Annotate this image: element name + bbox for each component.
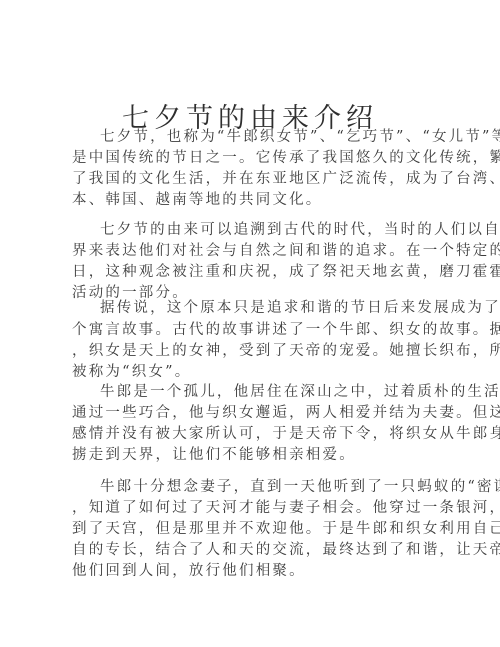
paragraph-line: ，织女是天上的女神，受到了天帝的宠爱。她擅长织布，所以 — [72, 341, 442, 361]
paragraph-line: 通过一些巧合，他与织女邂逅，两人相爱并结为夫妻。但这段 — [72, 403, 442, 423]
paragraph-line: 掳走到天界，让他们不能够相亲相爱。 — [72, 445, 442, 465]
paragraph-line: 个寓言故事。古代的故事讲述了一个牛郎、织女的故事。据说 — [72, 320, 442, 340]
paragraph-line: 界来表达他们对社会与自然之间和谐的追求。在一个特定的节 — [72, 241, 442, 261]
paragraph-line: 他们回到人间，放行他们相聚。 — [72, 561, 442, 581]
paragraph-line: 到了天宫，但是那里并不欢迎他。于是牛郎和织女利用自己各 — [72, 519, 442, 539]
paragraph-line: 是中国传统的节日之一。它传承了我国悠久的文化传统，繁荣 — [72, 148, 442, 168]
paragraph-line: 日，这种观念被注重和庆祝，成了祭祀天地玄黄，磨刀霍霍等 — [72, 262, 442, 282]
paragraph-line: 七夕节的由来可以追溯到古代的时代，当时的人们以自然 — [100, 220, 442, 240]
paragraph-line: 了我国的文化生活，并在东亚地区广泛流传，成为了台湾、日 — [72, 169, 442, 189]
paragraph-line: ，知道了如何过了天河才能与妻子相会。他穿过一条银河，来 — [72, 498, 442, 518]
document-page: 七夕节的由来介绍 七夕节，也称为“牛郎织女节”、“乞巧节”、“女儿节”等， 是中… — [0, 0, 500, 647]
paragraph-line: 据传说，这个原本只是追求和谐的节日后来发展成为了一 — [100, 298, 442, 318]
paragraph-line: 感情并没有被大家所认可，于是天帝下令，将织女从牛郎身边 — [72, 424, 442, 444]
paragraph-line: 本、韩国、越南等地的共同文化。 — [72, 190, 442, 210]
paragraph-line: 七夕节，也称为“牛郎织女节”、“乞巧节”、“女儿节”等， — [100, 127, 442, 147]
paragraph-line: 牛郎是一个孤儿，他居住在深山之中，过着质朴的生活。 — [100, 382, 442, 402]
paragraph-line: 牛郎十分想念妻子，直到一天他听到了一只蚂蚁的“密谋” — [100, 477, 442, 497]
paragraph-line: 被称为“织女”。 — [72, 362, 442, 382]
paragraph-line: 自的专长，结合了人和天的交流，最终达到了和谐，让天帝放 — [72, 540, 442, 560]
